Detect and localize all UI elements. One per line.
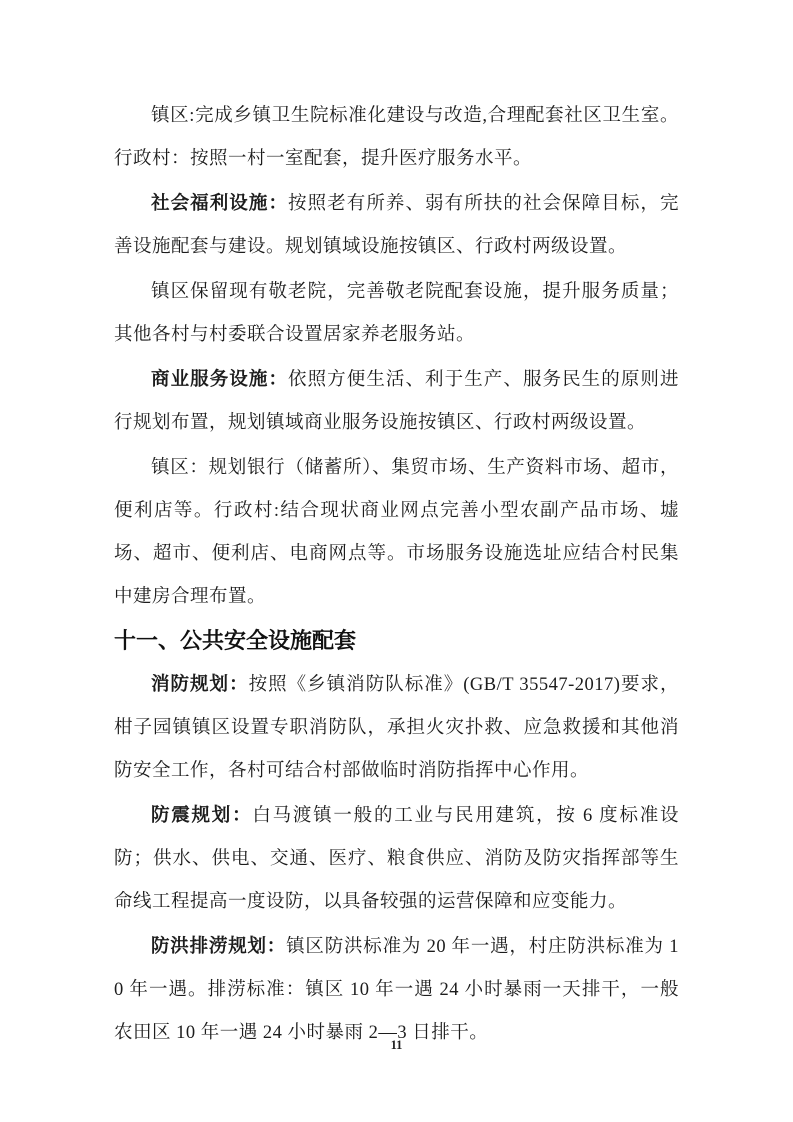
paragraph: 防洪排涝规划：镇区防洪标准为 20 年一遇，村庄防洪标准为 10 年一遇。排涝标… xyxy=(114,924,679,1055)
document-content: 镇区:完成乡镇卫生院标准化建设与改造,合理配套社区卫生室。行政村：按照一村一室配… xyxy=(114,0,679,1055)
paragraph-lead: 消防规划： xyxy=(151,673,249,694)
document-page: 镇区:完成乡镇卫生院标准化建设与改造,合理配套社区卫生室。行政村：按照一村一室配… xyxy=(0,0,793,1122)
section-heading: 十一、公共安全设施配套 xyxy=(114,619,679,662)
paragraph: 社会福利设施：按照老有所养、弱有所扶的社会保障目标，完善设施配套与建设。规划镇域… xyxy=(114,181,679,269)
paragraph: 镇区保留现有敬老院，完善敬老院配套设施，提升服务质量；其他各村与村委联合设置居家… xyxy=(114,269,679,357)
page-number-footer: 11 xyxy=(0,1038,793,1053)
paragraph-text: 镇区保留现有敬老院，完善敬老院配套设施，提升服务质量；其他各村与村委联合设置居家… xyxy=(114,282,679,345)
paragraph-lead: 商业服务设施： xyxy=(151,368,288,389)
paragraph: 防震规划：白马渡镇一般的工业与民用建筑，按 6 度标准设防；供水、供电、交通、医… xyxy=(114,793,679,924)
paragraph-lead: 社会福利设施： xyxy=(151,192,288,213)
paragraph-lead: 防洪排涝规划： xyxy=(151,935,286,956)
paragraph-text: 镇区:完成乡镇卫生院标准化建设与改造,合理配套社区卫生室。行政村：按照一村一室配… xyxy=(114,106,679,169)
paragraph: 消防规划：按照《乡镇消防队标准》(GB/T 35547-2017)要求，柑子园镇… xyxy=(114,662,679,793)
paragraph-text: 镇区：规划银行（储蓄所）、集贸市场、生产资料市场、超市，便利店等。行政村:结合现… xyxy=(114,458,679,607)
paragraph: 镇区：规划银行（储蓄所）、集贸市场、生产资料市场、超市，便利店等。行政村:结合现… xyxy=(114,445,679,619)
paragraph-lead: 防震规划： xyxy=(151,804,252,825)
paragraph: 商业服务设施：依照方便生活、利于生产、服务民生的原则进行规划布置，规划镇域商业服… xyxy=(114,357,679,445)
paragraph: 镇区:完成乡镇卫生院标准化建设与改造,合理配套社区卫生室。行政村：按照一村一室配… xyxy=(114,93,679,181)
